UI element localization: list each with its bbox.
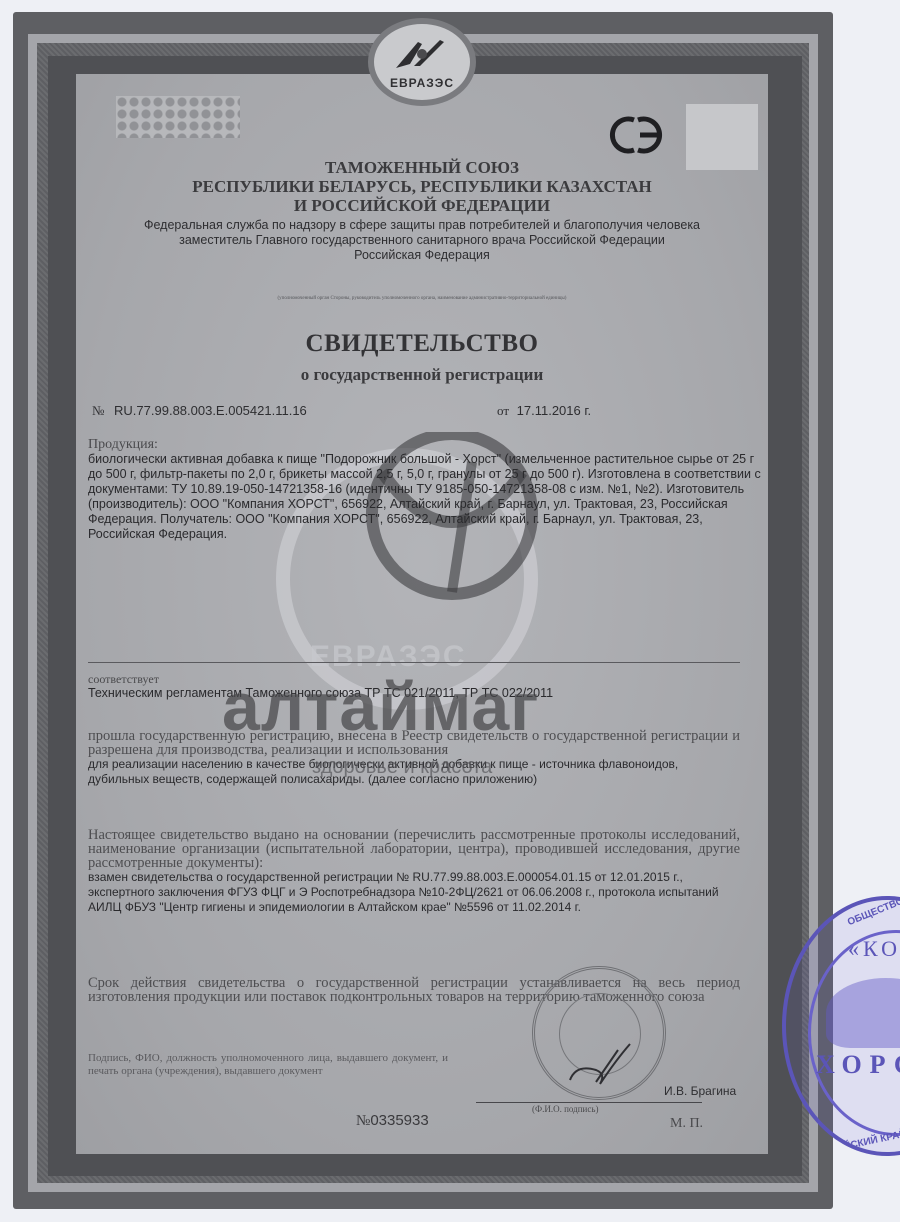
serial-number-value: 0335933 bbox=[370, 1112, 428, 1129]
logo-label: ЕВРАЗЭС bbox=[374, 76, 470, 90]
certificate-title: СВИДЕТЕЛЬСТВО bbox=[76, 330, 768, 358]
header-union: ТАМОЖЕННЫЙ СОЮЗ РЕСПУБЛИКИ БЕЛАРУСЬ, РЕС… bbox=[76, 158, 768, 215]
decorative-ornament bbox=[116, 96, 240, 138]
header-line-1: ТАМОЖЕННЫЙ СОЮЗ bbox=[76, 158, 768, 177]
header-line-2: РЕСПУБЛИКИ БЕЛАРУСЬ, РЕСПУБЛИКИ КАЗАХСТА… bbox=[76, 177, 768, 196]
agency-line-2: заместитель Главного государственного са… bbox=[76, 233, 768, 248]
registration-date-value: 17.11.2016 г. bbox=[517, 403, 591, 418]
evrazes-logo: ЕВРАЗЭС bbox=[368, 18, 476, 106]
basis-section: Настоящее свидетельство выдано на основа… bbox=[88, 828, 740, 915]
signature-caption: (Ф.И.О. подпись) bbox=[532, 1104, 598, 1114]
header-line-3: И РОССИЙСКОЙ ФЕДЕРАЦИИ bbox=[76, 196, 768, 215]
serial-number-label: № bbox=[356, 1113, 370, 1129]
company-stamp-top-text: ОБЩЕСТВО С ОГРАНИЧ... bbox=[846, 896, 900, 928]
company-stamp-name-bottom: ХОРС bbox=[816, 1050, 900, 1080]
registration-date-label: от bbox=[497, 403, 509, 418]
registration-number-value: RU.77.99.88.003.E.005421.11.16 bbox=[114, 403, 307, 418]
header-caption: (уполномоченный орган Стороны, руководит… bbox=[76, 296, 768, 301]
serial-number: №0335933 bbox=[356, 1112, 429, 1130]
registration-date: от 17.11.2016 г. bbox=[497, 403, 591, 419]
basis-text: взамен свидетельства о государственной р… bbox=[88, 870, 740, 915]
product-section: Продукция: биологически активная добавка… bbox=[88, 438, 768, 542]
evrazes-emblem-icon bbox=[392, 34, 452, 74]
product-label: Продукция: bbox=[88, 438, 768, 452]
basis-label: Настоящее свидетельство выдано на основа… bbox=[88, 828, 740, 870]
company-stamp-name-top: «КОМ bbox=[848, 936, 900, 962]
watermark-tagline: здоровье и красота bbox=[312, 756, 492, 779]
signature-line bbox=[476, 1102, 702, 1103]
registration-number: № RU.77.99.88.003.E.005421.11.16 bbox=[92, 403, 307, 419]
agency-line-1: Федеральная служба по надзору в сфере за… bbox=[76, 218, 768, 233]
signature-scribble-icon bbox=[566, 1040, 636, 1090]
se-conformity-mark-icon bbox=[600, 110, 672, 160]
agency-line-3: Российская Федерация bbox=[76, 248, 768, 263]
registration-statement-text: прошла государственную регистрацию, внес… bbox=[88, 729, 740, 757]
header-agency: Федеральная служба по надзору в сфере за… bbox=[76, 218, 768, 263]
stamp-place-label: М. П. bbox=[670, 1116, 703, 1132]
signature-note: Подпись, ФИО, должность уполномоченного … bbox=[88, 1052, 448, 1078]
registration-number-label: № bbox=[92, 403, 104, 418]
signer-name: И.В. Брагина bbox=[664, 1084, 736, 1098]
product-text: биологически активная добавка к пище "По… bbox=[88, 452, 768, 542]
product-caption-line bbox=[88, 662, 740, 667]
certificate-subtitle: о государственной регистрации bbox=[76, 365, 768, 385]
